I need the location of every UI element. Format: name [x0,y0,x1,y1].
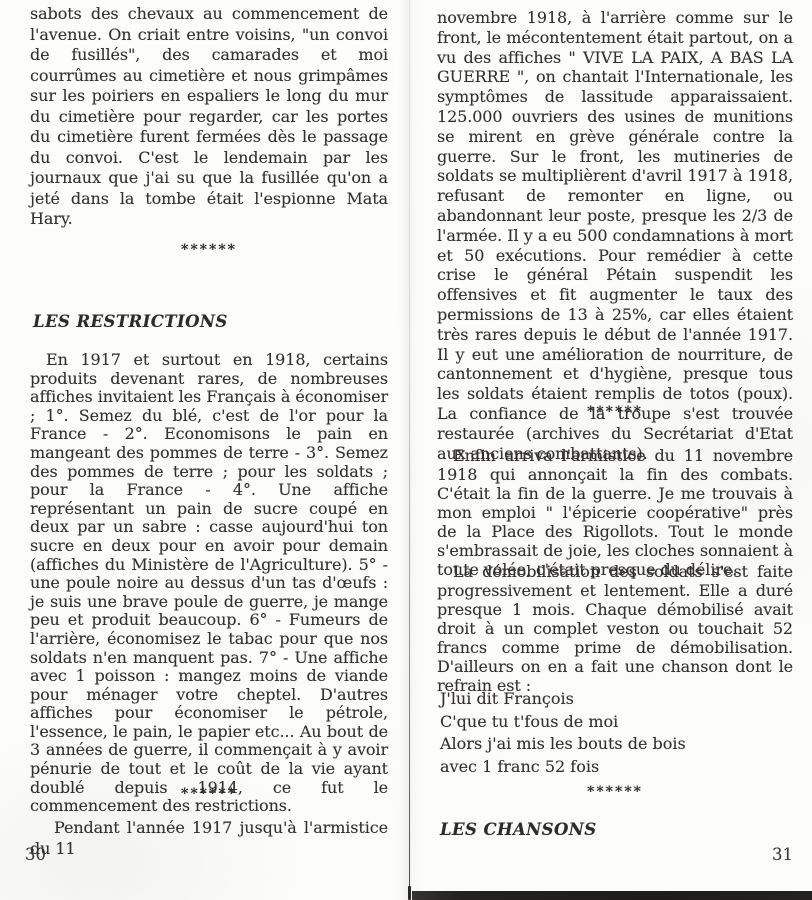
paragraph-armistice: Enfin arriva l'armistice du 11 novembre … [437,446,793,579]
bottom-scan-bar [412,891,812,900]
section-separator: ****** [30,786,388,802]
verse-line: C'que tu t'fous de moi [440,711,686,734]
song-refrain: J'lui dit François C'que tu t'fous de mo… [440,688,686,778]
paragraph-restrictions: En 1917 et surtout en 1918, certains pro… [30,351,388,816]
gutter-line [409,0,410,900]
verse-line: J'lui dit François [440,688,686,711]
paragraph-mutineries: novembre 1918, à l'arrière comme sur le … [437,8,793,463]
page-number-left: 30 [25,845,46,864]
verse-line: Alors j'ai mis les bouts de bois [440,733,686,756]
paragraph-mata-hari: sabots des chevaux au commencement de l'… [30,4,388,230]
section-heading-chansons: LES CHANSONS [440,820,597,839]
section-heading-restrictions: LES RESTRICTIONS [33,312,228,331]
verse-line: avec 1 franc 52 fois [440,756,686,779]
page-number-right: 31 [437,845,793,864]
section-separator: ****** [437,404,793,420]
paragraph-demobilisation: La démobilisation des soldats s'est fait… [437,562,793,695]
gutter-line-tick [408,886,411,900]
section-separator: ****** [30,242,388,258]
section-separator: ****** [437,784,793,800]
gutter-shadow [398,0,424,900]
book-spread: sabots des chevaux au commencement de l'… [0,0,812,900]
paragraph-pendant-1917: Pendant l'année 1917 jusqu'à l'armistice… [30,818,388,859]
